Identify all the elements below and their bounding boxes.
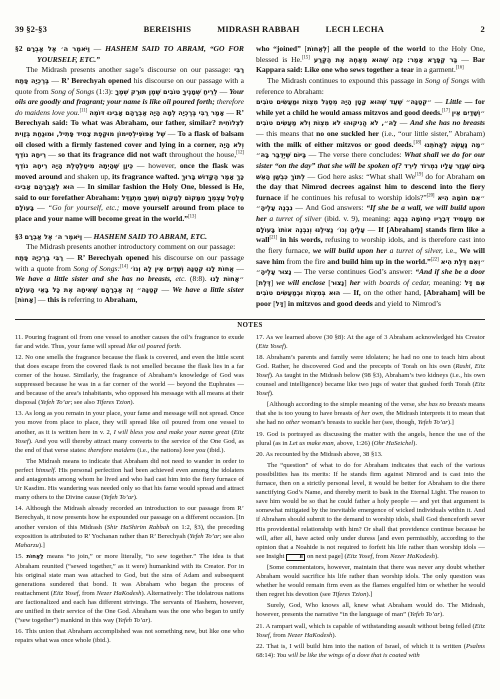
main-text-right-column: who “joined” [לְאַחוֹת] all the people o… [256, 44, 485, 310]
note-18: 18. Abraham’s parents and family were id… [256, 353, 485, 398]
note-12: 12. No one smells the fragrance because … [15, 353, 244, 408]
note-16: 16. This union that Abraham accomplished… [15, 627, 244, 645]
header-section-ref: 39 §2-§3 [15, 24, 47, 34]
book-page: 39 §2-§3 BEREISHIS MIDRASH RABBAH LECH L… [0, 0, 500, 699]
header-book-name: BEREISHIS [144, 24, 192, 34]
midrash-continues-body: ״קְטַנָּה״ שֶׁעַד שֶׁהוּא קָטָן הָיָה מְ… [256, 97, 485, 310]
notes-left-column: 11. Pouring fragrant oil from one vessel… [15, 333, 244, 660]
section-3-intro: The Midrash presents another introductor… [15, 242, 244, 253]
note-18-continuation: [Although according to the simple meanin… [256, 400, 485, 427]
notes-section-label: NOTES [15, 322, 485, 329]
note-20-continuation-1: The “question” of what to do for Abraham… [256, 461, 485, 561]
notes-right-column: 17. As we learned above (30 §8): At the … [256, 333, 485, 660]
note-19: 19. God is portrayed as discussing the m… [256, 430, 485, 448]
note-13: 13. As long as you remain in your place,… [15, 409, 244, 454]
section-3-heading: §3 וַיֹּאמֶר ה׳ אֶל אַבְרָם — HASHEM SAI… [15, 232, 244, 243]
note-22: 22. That is, I will build him into the n… [256, 642, 485, 660]
note-11: 11. Pouring fragrant oil from one vessel… [15, 333, 244, 351]
section-2-body: The Midrash presents another sage’s disc… [15, 65, 244, 224]
notes-section: 11. Pouring fragrant oil from one vessel… [15, 333, 485, 660]
section-3-body: רַבִּי בֶּרֶכְיָה פָּתַח — R’ Berechyah … [15, 253, 244, 306]
header-page-number: 2 [481, 24, 485, 34]
note-15: 15. לַאֲחוֹת means “to join,” or more li… [15, 552, 244, 625]
note-20-continuation-3: Surely, God, Who knows all, knew what Ab… [256, 601, 485, 619]
midrash-continues-intro: The Midrash continues to expound this pa… [256, 76, 485, 97]
section-3-body-continued: who “joined” [לְאַחוֹת] all the people o… [256, 44, 485, 76]
page-header: 39 §2-§3 BEREISHIS MIDRASH RABBAH LECH L… [15, 24, 485, 34]
notes-divider-rule [15, 319, 485, 320]
main-text: §2 וַיֹּאמֶר ה׳ אֶל אַבְרָם — HASHEM SAI… [15, 44, 485, 310]
note-20-continuation-2: [Some commentators, however, maintain th… [256, 563, 485, 599]
header-parashah-name: LECH LECHA [326, 24, 384, 34]
note-14: 14. Although the Midrash already recorde… [15, 504, 244, 549]
note-17: 17. As we learned above (30 §8): At the … [256, 333, 485, 351]
note-21: 21. A rampart wall, which is capable of … [256, 622, 485, 640]
header-title-group: BEREISHIS MIDRASH RABBAH LECH LECHA [144, 24, 384, 34]
note-13-continuation: The Midrash means to indicate that Abrah… [15, 457, 244, 502]
main-text-left-column: §2 וַיֹּאמֶר ה׳ אֶל אַבְרָם — HASHEM SAI… [15, 44, 244, 310]
note-20: 20. As recounted by the Midrash above, 3… [256, 450, 485, 459]
header-work-name: MIDRASH RABBAH [217, 24, 299, 34]
section-2-heading: §2 וַיֹּאמֶר ה׳ אֶל אַבְרָם — HASHEM SAI… [15, 44, 244, 65]
